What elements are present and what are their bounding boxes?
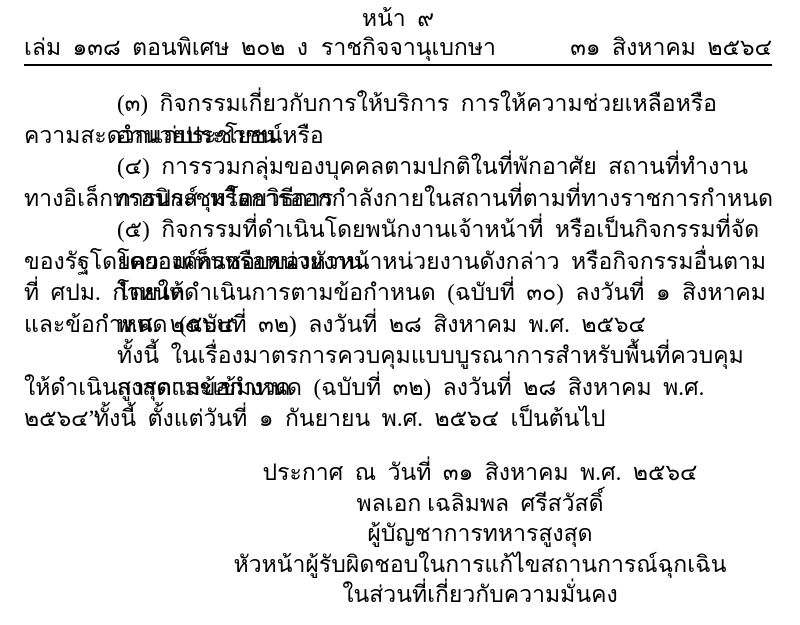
issue-date: ๓๑ สิงหาคม ๒๕๖๔	[570, 34, 772, 62]
body-line: ทางอิเล็กทรอนิกส์ หรือการออกกำลังกายในสถ…	[24, 183, 776, 215]
signature-block: ประกาศ ณ วันที่ ๓๑ สิงหาคม พ.ศ. ๒๕๖๔ พลเ…	[160, 458, 800, 611]
page-header: หน้า ๙ เล่ม ๑๓๘ ตอนพิเศษ ๒๐๒ ง ราชกิจจาน…	[24, 0, 772, 62]
body-line: (๓) กิจกรรมเกี่ยวกับการให้บริการ การให้ค…	[24, 88, 776, 120]
document-body: (๓) กิจกรรมเกี่ยวกับการให้บริการ การให้ค…	[24, 88, 776, 435]
body-line: โดยให้ดำเนินการตามข้อกำหนด (ฉบับที่ ๓๐) …	[24, 277, 776, 309]
volume-info: เล่ม ๑๓๘ ตอนพิเศษ ๒๐๒ ง	[24, 34, 308, 62]
body-line: ความสะดวกแก่ประชาชน	[24, 120, 776, 152]
body-line: ของรัฐโดยความเห็นชอบของหัวหน้าหน่วยงานดั…	[24, 246, 776, 278]
body-line: ให้ดำเนินการตามข้อกำหนด (ฉบับที่ ๓๒) ลงว…	[24, 372, 776, 404]
gazette-title: ราชกิจจานุเบกษา	[321, 34, 496, 62]
gazette-page: หน้า ๙ เล่ม ๑๓๘ ตอนพิเศษ ๒๐๒ ง ราชกิจจาน…	[0, 0, 800, 625]
body-line: และข้อกำหนด (ฉบับที่ ๓๒) ลงวันที่ ๒๘ สิง…	[24, 309, 776, 341]
signer-title-line: ผู้บัญชาการทหารสูงสุด	[160, 519, 800, 550]
body-line: ทั้งนี้ ในเรื่องมาตรการควบคุมแบบบูรณาการ…	[24, 340, 776, 372]
header-divider-rule	[24, 64, 772, 66]
page-number: หน้า ๙	[362, 6, 434, 31]
signer-title-line: ในส่วนที่เกี่ยวกับความมั่นคง	[160, 580, 800, 611]
body-line: (๔) การรวมกลุ่มของบุคคลตามปกติในที่พักอา…	[24, 151, 776, 183]
signer-name: พลเอก เฉลิมพล ศรีสวัสดิ์	[160, 489, 800, 520]
body-line: (๕) กิจกรรมที่ดำเนินโดยพนักงานเจ้าหน้าที…	[24, 214, 776, 246]
signature-announce-line: ประกาศ ณ วันที่ ๓๑ สิงหาคม พ.ศ. ๒๕๖๔	[160, 458, 800, 489]
body-line-effective-date: ทั้งนี้ ตั้งแต่วันที่ ๑ กันยายน พ.ศ. ๒๕๖…	[24, 403, 776, 435]
signer-title-line: หัวหน้าผู้รับผิดชอบในการแก้ไขสถานการณ์ฉุ…	[160, 550, 800, 581]
